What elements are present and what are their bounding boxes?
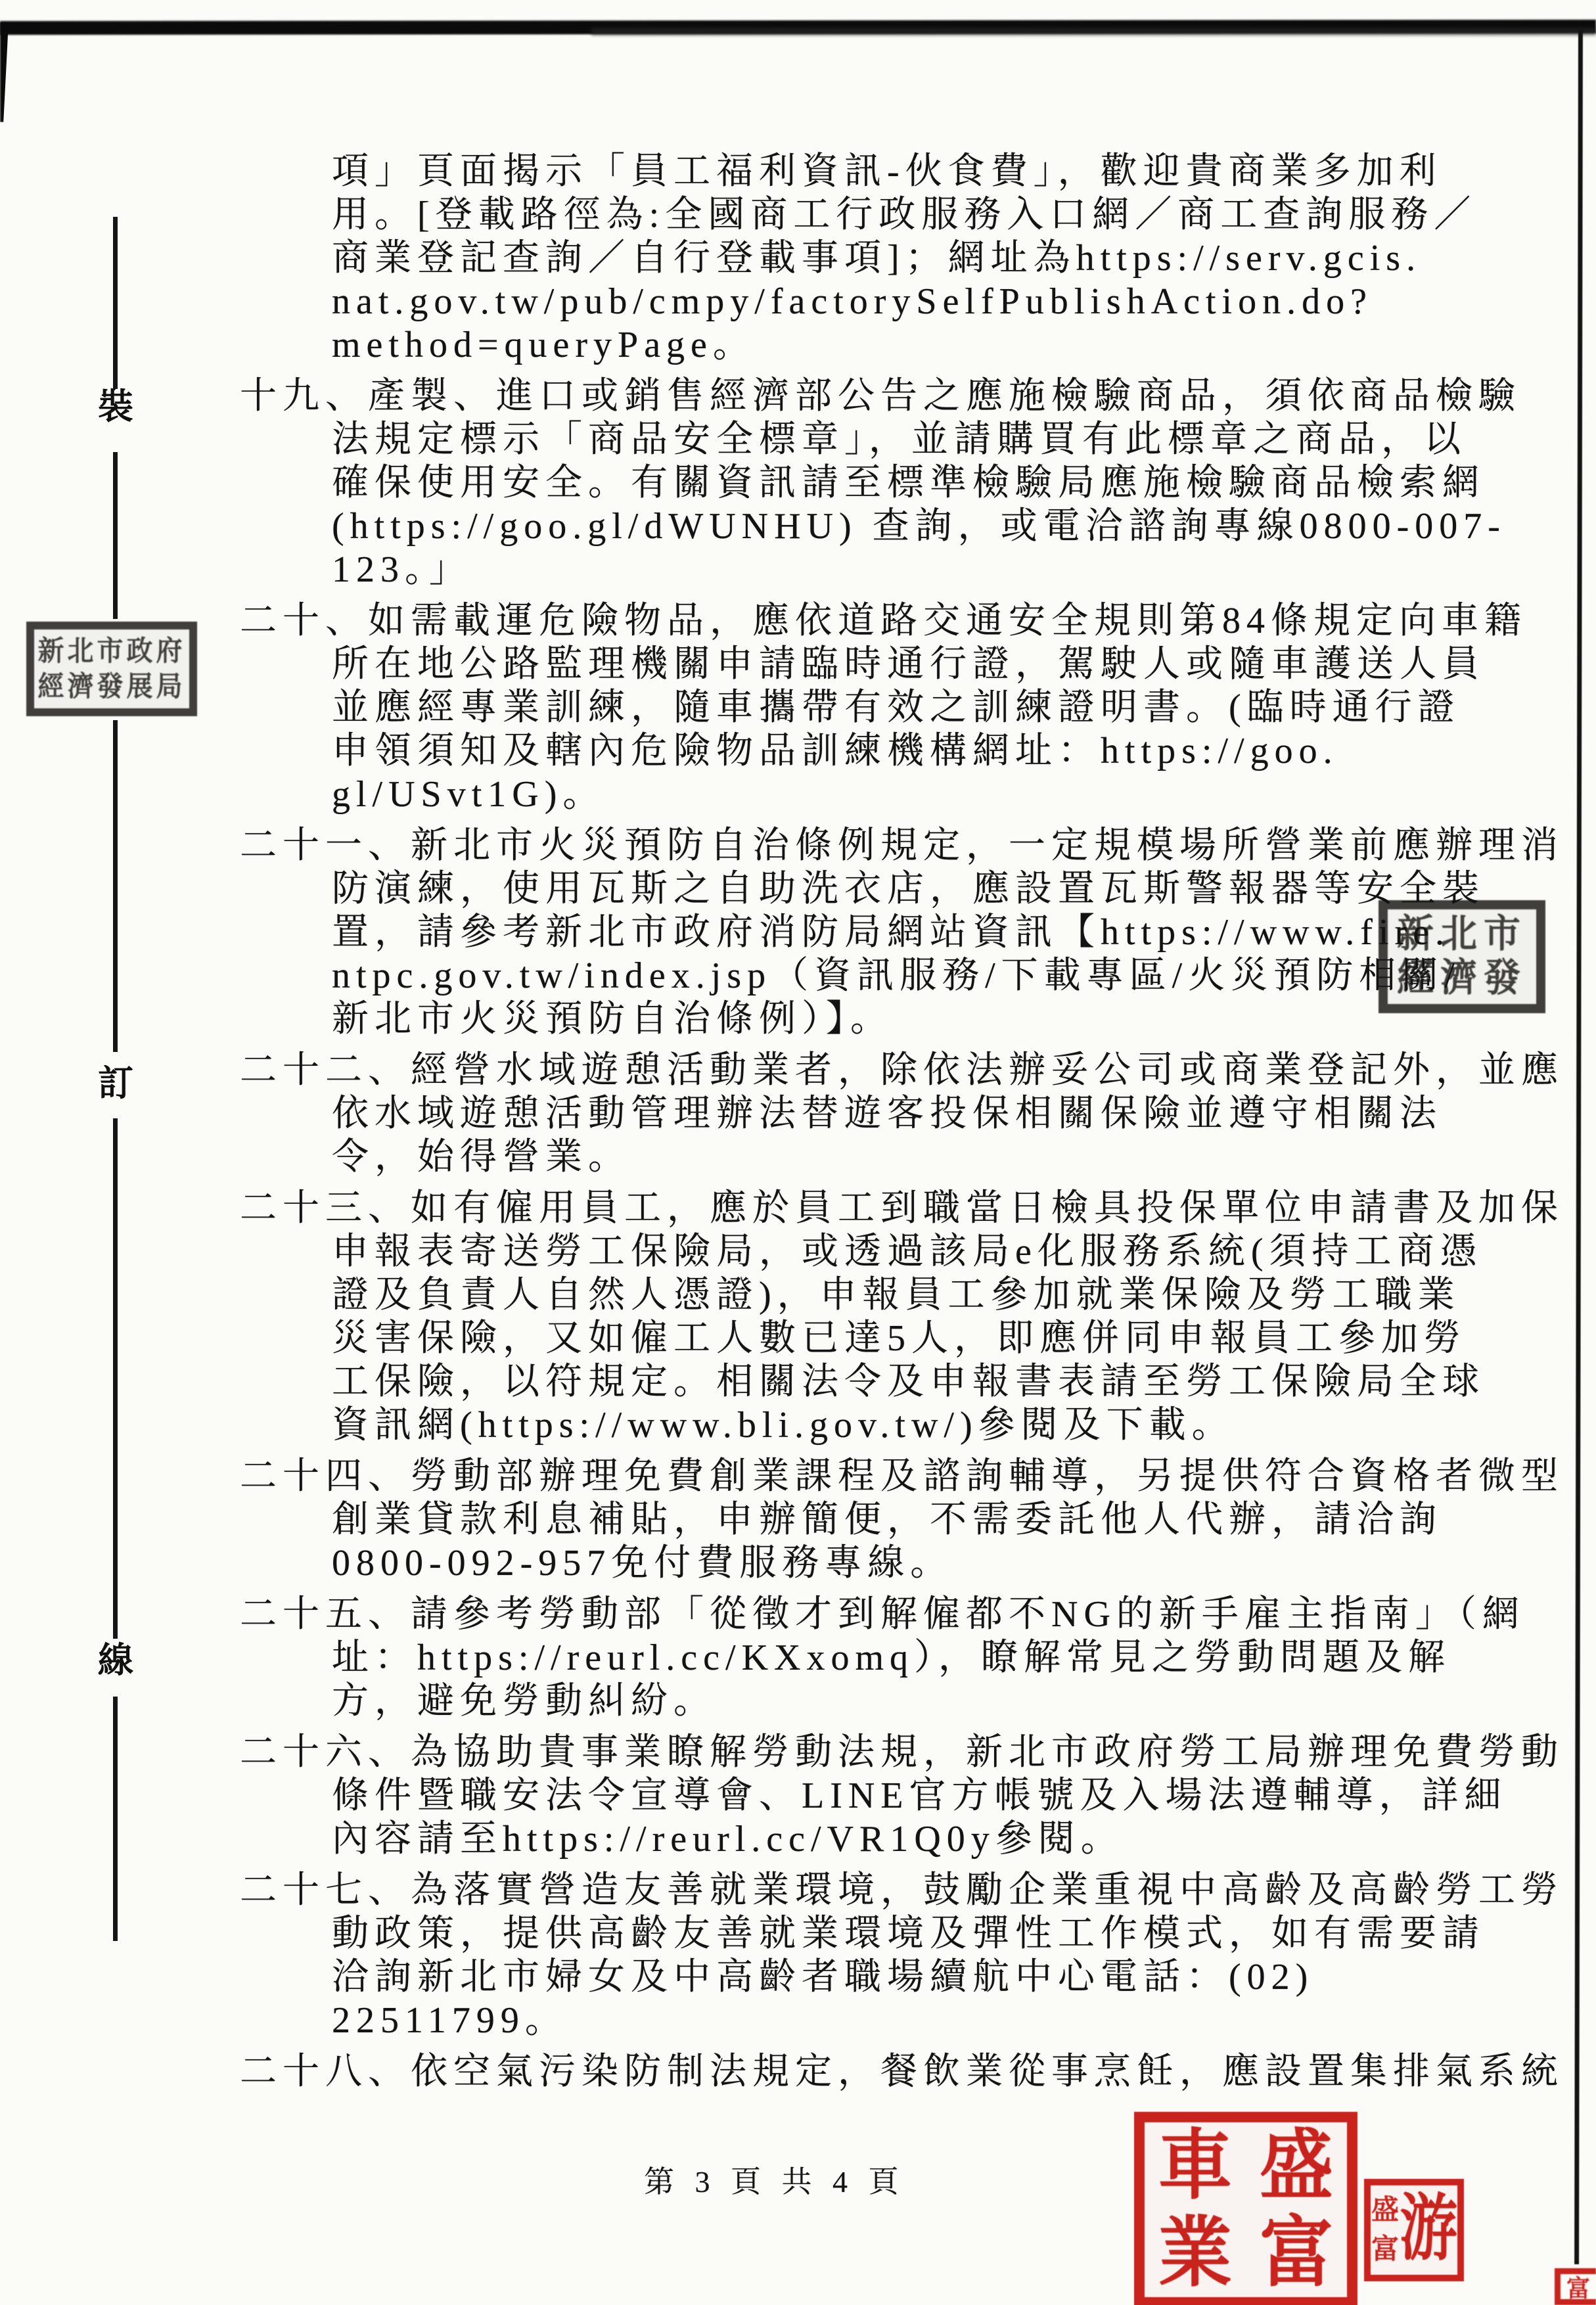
binding-line-segment [113,452,118,619]
seal-char: 業 [1145,2208,1246,2298]
scan-edge-artifact-top-fuzz [591,28,1596,35]
text-line: 二十二、經營水域遊憩活動業者，除依法辦妥公司或商業登記外，並應 [240,1049,1442,1092]
text-line: 內容請至https://reurl.cc/VR1Q0y參閱。 [240,1817,1442,1861]
item-number-label: 二十四、 [240,1456,411,1497]
text-line: gl/USvt1G)。 [240,773,1442,816]
item-number-label: 二十七、 [240,1870,411,1911]
text-line: 二十八、依空氣污染防制法規定，餐飲業從事烹飪，應設置集排氣系統 [240,2050,1442,2093]
notice-item: 二十八、依空氣污染防制法規定，餐飲業從事烹飪，應設置集排氣系統 [240,2050,1442,2093]
binding-line-segment [113,720,118,1052]
seal-char: 富 [1371,2236,1399,2264]
text-line: 確保使用安全。有關資訊請至標準檢驗局應施檢驗商品檢索網 [240,461,1442,505]
notice-item: 二十五、請參考勞動部「從徵才到解僱都不NG的新手雇主指南」（網址：https:/… [240,1593,1442,1723]
notice-item: 二十、如需載運危險物品，應依道路交通安全規則第84條規定向車籍所在地公路監理機關… [240,599,1442,816]
item-number-label: 二十六、 [240,1732,411,1773]
text-line: 商業登記查詢／自行登載事項]；網址為https://serv.gcis. [240,237,1442,280]
personal-name-seal: 盛 富 游 [1364,2179,1464,2281]
text-line: 所在地公路監理機關申請臨時通行證，駕駛人或隨車護送人員 [240,643,1442,686]
company-seal: 車 盛 業 富 [1134,2112,1357,2305]
text-line: 證及負責人自然人憑證)，申報員工參加就業保險及勞工職業 [240,1273,1442,1317]
seal-char: 車 [1145,2120,1246,2211]
text-line: nat.gov.tw/pub/cmpy/factorySelfPublishAc… [240,280,1442,323]
notice-item: 二十四、勞動部辦理免費創業課程及諮詢輔導，另提供符合資格者微型創業貸款利息補貼，… [240,1455,1442,1585]
text-line: ntpc.gov.tw/index.jsp（資訊服務/下載專區/火災預防相關/ [240,954,1442,997]
text-line: 用。[登載路徑為:全國商工行政服務入口網／商工查詢服務／ [240,193,1442,237]
text-line: 置，請參考新北市政府消防局網站資訊【https://www.fire. [240,911,1442,954]
notice-item: 十九、產製、進口或銷售經濟部公告之應施檢驗商品，須依商品檢驗法規定標示「商品安全… [240,375,1442,591]
text-line: 洽詢新北市婦女及中高齡者職場續航中心電話：(02) [240,1955,1442,1999]
text-line: 並應經專業訓練，隨車攜帶有效之訓練證明書。(臨時通行證 [240,686,1442,729]
text-line: 0800-092-957免付費服務專線。 [240,1541,1442,1585]
text-line: 新北市火災預防自治條例）】。 [240,997,1442,1041]
text-line: 二十七、為落實營造友善就業環境，鼓勵企業重視中高齡及高齡勞工勞 [240,1869,1442,1912]
binding-mark-ding: 訂 [92,1066,139,1101]
text-line: 二十一、新北市火災預防自治條例規定，一定規模場所營業前應辦理消 [240,824,1442,867]
item-number-label: 二十五、 [240,1594,411,1635]
text-line: 二十五、請參考勞動部「從徵才到解僱都不NG的新手雇主指南」（網 [240,1593,1442,1636]
text-line: 址：https://reurl.cc/KXxomq），瞭解常見之勞動問題及解 [240,1636,1442,1679]
text-line: 方，避免勞動糾紛。 [240,1679,1442,1723]
notice-item: 二十七、為落實營造友善就業環境，鼓勵企業重視中高齡及高齡勞工勞動政策，提供高齡友… [240,1869,1442,2042]
item-number-label: 二十一、 [240,825,411,866]
text-line: 工保險，以符規定。相關法令及申報書表請至勞工保險局全球 [240,1360,1442,1404]
text-line: 創業貸款利息補貼，申辦簡便，不需委託他人代辦，請洽詢 [240,1498,1442,1541]
item-number-label: 十九、 [240,376,368,417]
text-line: 資訊網(https://www.bli.gov.tw/)參閱及下載。 [240,1404,1442,1447]
seal-char: 富 [1246,2208,1347,2298]
text-line: 二十、如需載運危險物品，應依道路交通安全規則第84條規定向車籍 [240,599,1442,643]
binding-line-segment [113,1697,118,1941]
text-line: 令，始得營業。 [240,1135,1442,1179]
notice-item: 二十二、經營水域遊憩活動業者，除依法辦妥公司或商業登記外，並應依水域遊憩活動管理… [240,1049,1442,1179]
text-line: 依水域遊憩活動管理辦法替遊客投保相關保險並遵守相關法 [240,1092,1442,1135]
item-number-label: 二十三、 [240,1188,411,1229]
notice-item: 二十六、為協助貴事業瞭解勞動法規，新北市政府勞工局辦理免費勞動條件暨職安法令宣導… [240,1731,1442,1861]
official-gray-seal-left: 新北市政府 經濟發展局 [26,622,197,716]
scan-edge-artifact-left [0,22,9,122]
text-line: 條件暨職安法令宣導會、LINE官方帳號及入場法遵輔導，詳細 [240,1774,1442,1817]
binding-line-segment [113,1118,118,1639]
text-line: 123。」 [240,548,1442,591]
seal-char: 盛 [1246,2120,1347,2211]
text-line: 災害保險，又如僱工人數已達5人，即應併同申報員工參加勞 [240,1317,1442,1360]
seal-text-row: 經濟發展局 [38,672,186,702]
text-line: 項」頁面揭示「員工福利資訊-伙食費」，歡迎貴商業多加利 [240,150,1442,193]
text-line: 十九、產製、進口或銷售經濟部公告之應施檢驗商品，須依商品檢驗 [240,375,1442,418]
text-line: 防演練，使用瓦斯之自助洗衣店，應設置瓦斯警報器等安全裝 [240,867,1442,911]
item-number-label: 二十八、 [240,2051,411,2092]
binding-mark-xian: 線 [92,1643,139,1678]
notice-item: 二十三、如有僱用員工，應於員工到職當日檢具投保單位申請書及加保申報表寄送勞工保險… [240,1187,1442,1447]
text-line: 二十四、勞動部辦理免費創業課程及諮詢輔導，另提供符合資格者微型 [240,1455,1442,1498]
page-number: 第 3 頁 共 4 頁 [644,2158,905,2201]
text-line: 二十三、如有僱用員工，應於員工到職當日檢具投保單位申請書及加保 [240,1187,1442,1230]
document-body: 項」頁面揭示「員工福利資訊-伙食費」，歡迎貴商業多加利用。[登載路徑為:全國商工… [240,150,1442,2093]
seal-char: 游 [1400,2174,1457,2286]
item-number-label: 二十、 [240,601,368,641]
text-line: 動政策，提供高齡友善就業環境及彈性工作模式，如有需要請 [240,1912,1442,1955]
binding-line-segment [113,217,118,389]
binding-mark-zhuang: 裝 [92,389,139,424]
text-line: (https://goo.gl/dWUNHU) 查詢，或電洽諮詢專線0800-0… [240,505,1442,548]
page-right-border-line [1574,30,1583,2264]
text-line: 二十六、為協助貴事業瞭解勞動法規，新北市政府勞工局辦理免費勞動 [240,1731,1442,1774]
seal-side-column: 盛 富 [1371,2185,1400,2275]
text-line: method=queryPage。 [240,323,1442,367]
notice-item: 二十一、新北市火災預防自治條例規定，一定規模場所營業前應辦理消防演練，使用瓦斯之… [240,824,1442,1041]
seal-text-row: 新北市政府 [38,637,186,666]
text-line: 申報表寄送勞工保險局，或透過該局e化服務系統(須持工商憑 [240,1230,1442,1273]
item-number-label: 二十二、 [240,1050,411,1091]
text-line: 法規定標示「商品安全標章」，並請購買有此標章之商品，以 [240,418,1442,461]
text-line: 22511799。 [240,1999,1442,2042]
seal-char: 盛 [1371,2197,1399,2224]
seal-fragment-corner: 富 [1555,2268,1596,2305]
text-line: 申領須知及轄內危險物品訓練機構網址：https://goo. [240,729,1442,773]
